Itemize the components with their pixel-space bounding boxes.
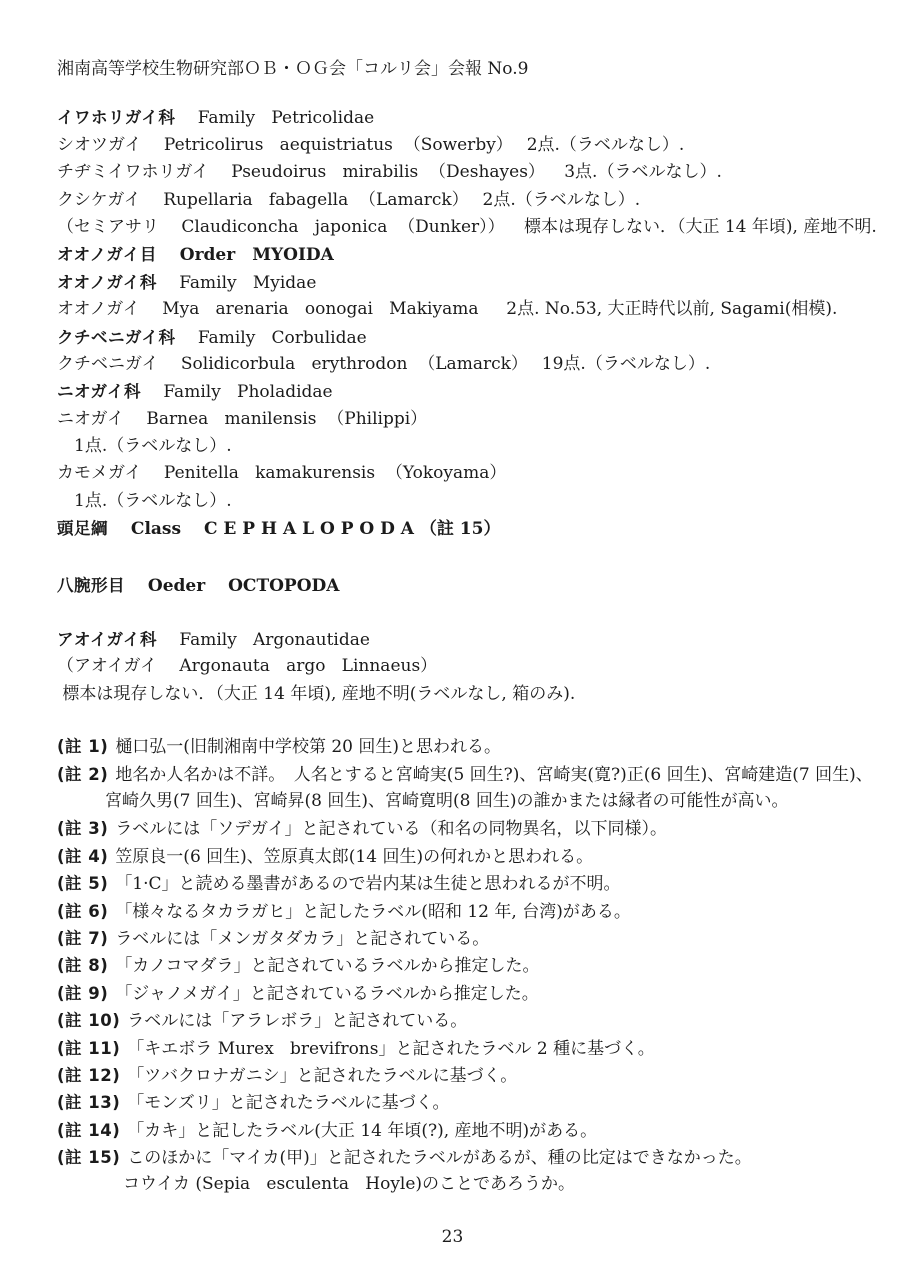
body-line: オオノガイ Mya arenaria oonogai Makiyama 2点. … — [57, 296, 869, 323]
footnote-line: (註 3)ラベルには「ソデガイ」と記されている（和名の同物異名，以下同様）。 — [57, 815, 869, 842]
taxon-name-jp-bold: イワホリガイ科 — [57, 108, 175, 127]
footnote-line: (註 5)「1·C」と読める墨書があるので岩内某は生徒と思われるが不明。 — [57, 870, 869, 897]
text-segment: シオツガイ Petricolirus aequistriatus （Sowerb… — [57, 135, 684, 155]
text-segment: クシケガイ Rupellaria fabagella （Lamarck） 2点.… — [57, 190, 640, 210]
footnote-text: 樋口弘一(旧制湘南中学校第 20 回生)と思われる。 — [115, 737, 501, 757]
body-line: アオイガイ科 Family Argonautidae — [57, 626, 869, 653]
body-line: カモメガイ Penitella kamakurensis （Yokoyama） — [57, 460, 869, 487]
body-line: 標本は現存しない．（大正 14 年頃), 産地不明(ラベルなし, 箱のみ). — [57, 681, 869, 708]
footnote-text: ラベルには「アラレボラ」と記されている。 — [127, 1011, 467, 1031]
text-segment: チヂミイワホリガイ Pseudoirus mirabilis （Deshayes… — [57, 162, 722, 182]
footnote-line: (註 2)地名か人名かは不詳。 人名とすると宮崎実(5 回生?)、宮崎実(寛?)… — [57, 761, 869, 788]
footnote-label: (註 13) — [57, 1093, 120, 1112]
text-segment: 湘南高等学校生物研究部ＯＢ・ＯＧ会「コルリ会」会報 No.9 — [57, 59, 528, 79]
footnote-text: 「カノコマダラ」と記されているラベルから推定した。 — [115, 956, 539, 976]
body-line: 八腕形目 Oeder OCTOPODA — [57, 572, 869, 599]
text-segment: 標本は現存しない．（大正 14 年頃), 産地不明(ラベルなし, 箱のみ). — [57, 684, 575, 704]
footnote-label: (註 11) — [57, 1039, 120, 1058]
footnote-label: (註 4) — [57, 847, 108, 866]
footnote-line: (註 1)樋口弘一(旧制湘南中学校第 20 回生)と思われる。 — [57, 733, 869, 760]
text-segment: Family Petricolidae — [175, 108, 374, 128]
footnote-label: (註 3) — [57, 819, 108, 838]
footnote-text: 「ツバクロナガニシ」と記されたラベルに基づく。 — [127, 1066, 517, 1086]
page-number: 23 — [0, 1224, 905, 1251]
taxon-name-jp-bold: 頭足綱 — [57, 519, 108, 538]
footnote-line: (註 9)「ジャノメガイ」と記されているラベルから推定した。 — [57, 980, 869, 1007]
footnote-text: 笠原良一(6 回生)、笠原真太郎(14 回生)の何れかと思われる。 — [115, 847, 593, 867]
footnote-text: 「カキ」と記したラベル(大正 14 年頃(?), 産地不明)がある。 — [127, 1121, 597, 1141]
footnote-label: (註 12) — [57, 1066, 120, 1085]
footnote-text: 「キエボラ Murex brevifrons」と記されたラベル 2 種に基づく。 — [127, 1039, 654, 1059]
text-segment: Family Argonautidae — [157, 630, 370, 650]
text-segment: 1点.（ラベルなし）. — [57, 436, 232, 456]
body-line: ニオガイ Barnea manilensis （Philippi） — [57, 406, 869, 433]
body-line: オオノガイ科 Family Myidae — [57, 269, 869, 296]
body-line: オオノガイ目 Order MYOIDA — [57, 241, 869, 268]
footnote-label: (註 5) — [57, 874, 108, 893]
taxon-name-latin-bold: Class C E P H A L O P O D A （註 15） — [108, 519, 500, 539]
footnote-text: 「ジャノメガイ」と記されているラベルから推定した。 — [115, 984, 538, 1004]
body-line: 1点.（ラベルなし）. — [57, 433, 869, 460]
footnote-line: (註 6)「様々なるタカラガヒ」と記したラベル(昭和 12 年, 台湾)がある。 — [57, 898, 869, 925]
footnote-text: ラベルには「ソデガイ」と記されている（和名の同物異名，以下同様）。 — [115, 819, 667, 839]
footnote-line: (註 4)笠原良一(6 回生)、笠原真太郎(14 回生)の何れかと思われる。 — [57, 843, 869, 870]
footnote-line: (註 7)ラベルには「メンガタダカラ」と記されている。 — [57, 925, 869, 952]
text-segment: クチベニガイ Solidicorbula erythrodon （Lamarck… — [57, 354, 710, 374]
taxon-name-jp-bold: クチベニガイ科 — [57, 328, 176, 347]
footnote-label: (註 2) — [57, 765, 108, 784]
footnote-continuation: コウイカ (Sepia esculenta Hoyle)のことであろうか。 — [57, 1171, 869, 1198]
taxon-name-jp-bold: アオイガイ科 — [57, 630, 157, 649]
body-line: チヂミイワホリガイ Pseudoirus mirabilis （Deshayes… — [57, 159, 869, 186]
footnote-continuation: 宮崎久男(7 回生)、宮崎昇(8 回生)、宮崎寛明(8 回生)の誰かまたは縁者の… — [57, 788, 869, 815]
footnote-text: 「1·C」と読める墨書があるので岩内某は生徒と思われるが不明。 — [115, 874, 620, 894]
text-segment: 1点.（ラベルなし）. — [57, 491, 232, 511]
footnote-line: (註 8)「カノコマダラ」と記されているラベルから推定した。 — [57, 952, 869, 979]
footnote-line: (註 14)「カキ」と記したラベル(大正 14 年頃(?), 産地不明)がある。 — [57, 1117, 869, 1144]
body-lines: 湘南高等学校生物研究部ＯＢ・ＯＧ会「コルリ会」会報 No.9イワホリガイ科 Fa… — [57, 56, 869, 708]
footnotes: (註 1)樋口弘一(旧制湘南中学校第 20 回生)と思われる。(註 2)地名か人… — [57, 733, 869, 1199]
text-segment: （セミアサリ Claudiconcha japonica （Dunker）） 標… — [57, 217, 877, 237]
body-line: （アオイガイ Argonauta argo Linnaeus） — [57, 653, 869, 680]
footnote-label: (註 9) — [57, 984, 108, 1003]
body-line: （セミアサリ Claudiconcha japonica （Dunker）） 標… — [57, 214, 869, 241]
footnote-label: (註 6) — [57, 902, 108, 921]
footnote-label: (註 7) — [57, 929, 108, 948]
document-page: 湘南高等学校生物研究部ＯＢ・ＯＧ会「コルリ会」会報 No.9イワホリガイ科 Fa… — [0, 0, 905, 1280]
body-line: シオツガイ Petricolirus aequistriatus （Sowerb… — [57, 132, 869, 159]
body-line: 頭足綱 Class C E P H A L O P O D A （註 15） — [57, 515, 869, 542]
taxon-name-jp-bold: 八腕形目 — [57, 576, 125, 595]
footnote-text: このほかに「マイカ(甲)」と記されたラベルがあるが、種の比定はできなかった。 — [127, 1148, 751, 1168]
text-segment: Family Myidae — [157, 273, 317, 293]
footnote-line: (註 15)このほかに「マイカ(甲)」と記されたラベルがあるが、種の比定はできな… — [57, 1144, 869, 1171]
footnote-label: (註 8) — [57, 956, 108, 975]
text-segment: Family Corbulidae — [176, 328, 367, 348]
body-line: クシケガイ Rupellaria fabagella （Lamarck） 2点.… — [57, 187, 869, 214]
footnote-line: (註 12)「ツバクロナガニシ」と記されたラベルに基づく。 — [57, 1062, 869, 1089]
page-content: 湘南高等学校生物研究部ＯＢ・ＯＧ会「コルリ会」会報 No.9イワホリガイ科 Fa… — [0, 0, 905, 1199]
footnote-label: (註 1) — [57, 737, 108, 756]
text-segment: ニオガイ Barnea manilensis （Philippi） — [57, 409, 427, 429]
footnote-text: ラベルには「メンガタダカラ」と記されている。 — [115, 929, 489, 949]
text-segment: （アオイガイ Argonauta argo Linnaeus） — [57, 656, 437, 676]
footnote-text: 「モンズリ」と記されたラベルに基づく。 — [127, 1093, 449, 1113]
text-segment: オオノガイ Mya arenaria oonogai Makiyama 2点. … — [57, 299, 837, 319]
text-segment: Family Pholadidae — [141, 382, 333, 402]
body-line: クチベニガイ Solidicorbula erythrodon （Lamarck… — [57, 351, 869, 378]
footnote-text: 地名か人名かは不詳。 人名とすると宮崎実(5 回生?)、宮崎実(寛?)正(6 回… — [115, 765, 872, 785]
footnote-label: (註 10) — [57, 1011, 120, 1030]
footnote-line: (註 13)「モンズリ」と記されたラベルに基づく。 — [57, 1089, 869, 1116]
footnote-label: (註 14) — [57, 1121, 120, 1140]
footnote-label: (註 15) — [57, 1148, 120, 1167]
page-header: 湘南高等学校生物研究部ＯＢ・ＯＧ会「コルリ会」会報 No.9 — [57, 56, 869, 83]
taxon-name-jp-bold: オオノガイ目 — [57, 245, 157, 264]
taxon-name-latin-bold: Oeder OCTOPODA — [125, 576, 339, 596]
body-line: ニオガイ科 Family Pholadidae — [57, 378, 869, 405]
taxon-name-jp-bold: ニオガイ科 — [57, 382, 141, 401]
footnote-text: 「様々なるタカラガヒ」と記したラベル(昭和 12 年, 台湾)がある。 — [115, 902, 631, 922]
footnote-line: (註 11)「キエボラ Murex brevifrons」と記されたラベル 2 … — [57, 1035, 869, 1062]
taxon-name-latin-bold: Order MYOIDA — [157, 245, 334, 265]
body-line: 1点.（ラベルなし）. — [57, 488, 869, 515]
text-segment: カモメガイ Penitella kamakurensis （Yokoyama） — [57, 463, 506, 483]
footnote-line: (註 10)ラベルには「アラレボラ」と記されている。 — [57, 1007, 869, 1034]
body-line: イワホリガイ科 Family Petricolidae — [57, 104, 869, 131]
taxon-name-jp-bold: オオノガイ科 — [57, 273, 157, 292]
body-line: クチベニガイ科 Family Corbulidae — [57, 324, 869, 351]
